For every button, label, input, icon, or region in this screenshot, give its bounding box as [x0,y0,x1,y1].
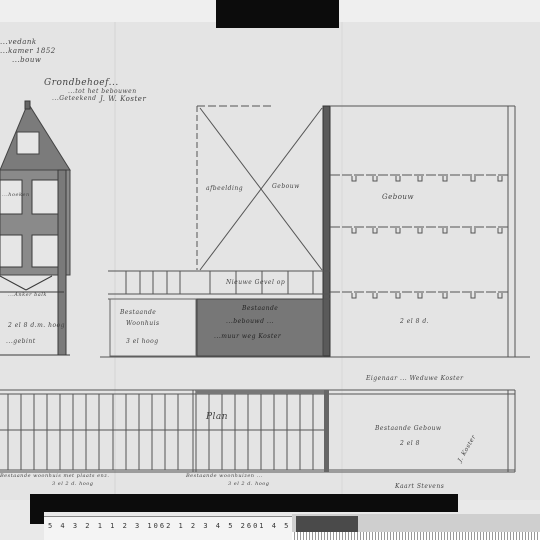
title-line-1: Grondbehoef... [44,78,119,88]
note-top-left-1: ...vedank [0,38,37,46]
right-building-dim: 2 el 8 d. [400,318,429,325]
plan-wall [324,390,329,472]
plan-label-right: Bestaande Gebouw [375,425,442,432]
shaded-block-line-2: ...bebouwd ... [226,318,274,325]
shaded-block-line-1: Bestaande [242,305,278,312]
left-block-line-1: Bestaande [120,309,156,316]
black-tape-bottom [30,494,458,512]
black-tape-top [216,0,339,28]
railing-label: Nieuwe Gevel op [226,279,285,286]
ruler-ticks [292,532,540,540]
crossed-room-label-right: Gebouw [272,183,300,190]
plan-caption-mid-1: Bestaande woonhuizen ... [186,473,263,479]
railing [108,271,330,299]
plan-label-owner: Eigenaar ... Weduwe Koster [366,375,463,382]
title-line-2: ...tot het bebouwen [68,88,137,95]
floor-joists [352,176,502,298]
plan-caption-mid-2: 3 el 2 d. hoog [228,481,270,487]
note-top-left-3: ...bouw [12,56,41,64]
plan-caption-left-1: Bestaande woonhuis met plaats enz. [0,473,109,479]
title-line-3: ...Geteekend [52,95,96,102]
gray-scale-bands [296,516,358,532]
title-signature: J. W. Koster [100,95,146,103]
left-block-line-2: Woonhuis [126,320,160,327]
note-top-left-2: ...kamer 1852 [0,47,56,55]
existing-house-block [110,299,196,356]
plan-dim-right: 2 el 8 [400,440,420,447]
black-tape-corner [30,510,44,524]
elevation-label-left: ...hoeken [2,192,30,198]
elevation-base-note-2: ...gebint [6,338,36,345]
plan-label-center: Plan [206,412,228,422]
elevation-drawing [0,101,70,355]
elevation-beam-label: ...Anker balk [8,292,47,298]
plan-caption-left-2: 3 el 2 d. hoog [52,481,94,487]
color-scale-ruler [292,514,540,540]
elevation-base-note: 2 el 8 d.m. hoog [8,322,65,329]
shaded-block-line-3: ...muur weg Koster [214,333,281,340]
plan-caption-right: Kaart Stevens [395,483,444,490]
measuring-ruler: 5 4 3 2 1 1 2 3 1062 1 2 3 4 5 2601 4 5 … [44,516,294,540]
left-block-line-3: 3 el hoog [126,338,159,345]
party-wall [323,106,330,356]
crossed-room-label-left: afbeelding [206,185,243,192]
right-building-label: Gebouw [382,193,414,201]
